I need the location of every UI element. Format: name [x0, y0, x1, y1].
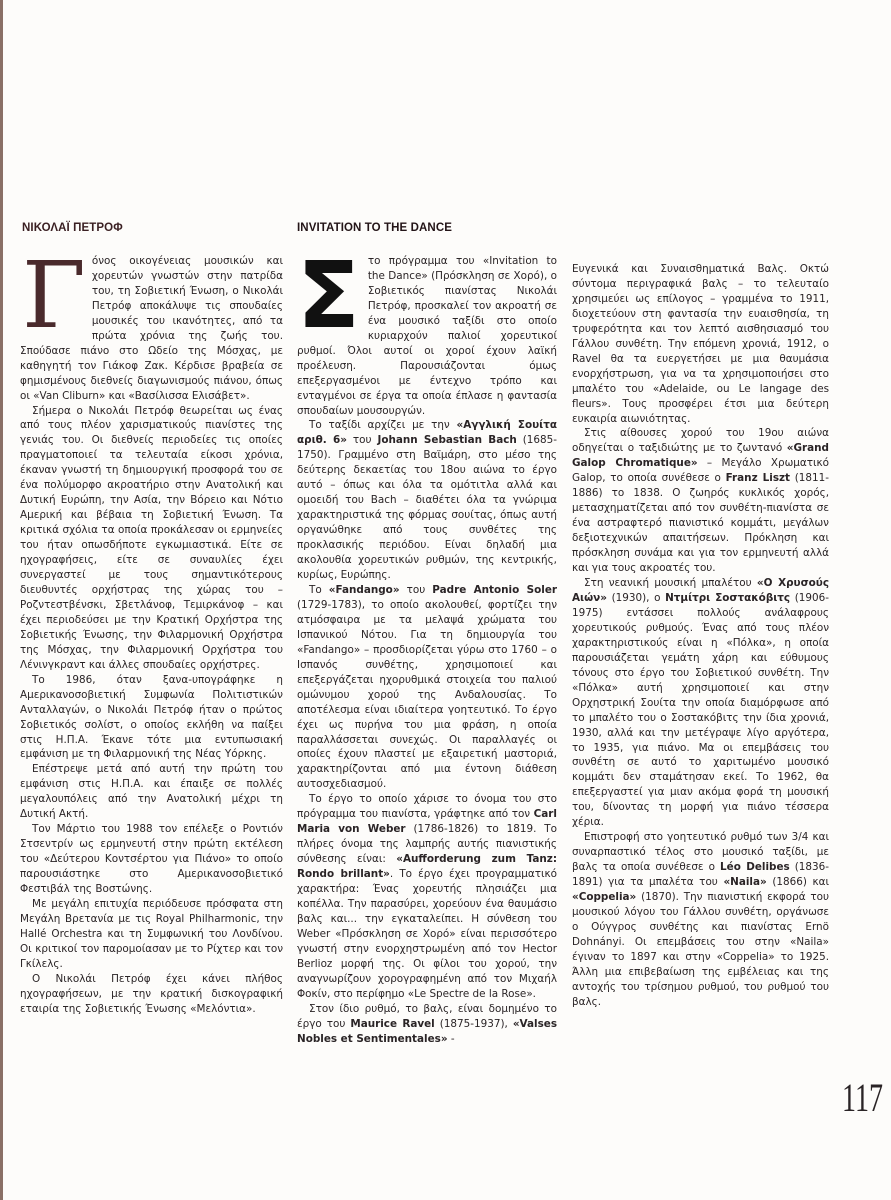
- program-paragraph-ravel-cont: Ευγενικά και Συναισθηματικά Βαλς. Οκτώ σ…: [572, 262, 829, 426]
- bio-paragraph-5: Τον Μάρτιο του 1988 τον επέλεξε ο Ροντιό…: [20, 822, 283, 897]
- program-paragraph-liszt: Στις αίθουσες χορού του 19ου αιώνα οδηγε…: [572, 426, 829, 576]
- program-paragraph-ravel: Στον ίδιο ρυθμό, το βαλς, είναι δομημένο…: [297, 1002, 557, 1047]
- bio-paragraph-1: Γόνος οικογένειας μουσικών και χορευτών …: [20, 254, 283, 404]
- program-paragraph-soler: Το «Fandango» του Padre Antonio Soler (1…: [297, 583, 557, 792]
- program-paragraph-1: Στο πρόγραμμα του «Invitation to the Dan…: [297, 254, 557, 418]
- program-paragraph-weber: Το έργο το οποίο χάρισε το όνομα του στο…: [297, 792, 557, 1001]
- left-article-heading: ΝΙΚΟΛΑΪ ΠΕΤΡΟΦ: [22, 222, 123, 234]
- page-number: 117: [842, 1074, 883, 1121]
- column-program-notes-2: Ευγενικά και Συναισθηματικά Βαλς. Οκτώ σ…: [572, 262, 829, 1010]
- bio-paragraph-7: Ο Νικολάι Πετρόφ έχει κάνει πλήθος ηχογρ…: [20, 972, 283, 1017]
- bio-paragraph-2: Σήμερα ο Νικολάι Πετρόφ θεωρείται ως ένα…: [20, 404, 283, 673]
- drop-cap-gamma: Γ: [22, 258, 86, 333]
- right-article-heading: INVITATION TO THE DANCE: [297, 222, 452, 234]
- drop-cap-sigma: Σ: [297, 258, 360, 333]
- column-program-notes-1: Στο πρόγραμμα του «Invitation to the Dan…: [297, 254, 557, 1047]
- column-biography: Γόνος οικογένειας μουσικών και χορευτών …: [20, 254, 283, 1017]
- program-paragraph-shostakovich: Στη νεανική μουσική μπαλέτου «Ο Χρυσούς …: [572, 576, 829, 830]
- page-spine-edge: [0, 0, 3, 1200]
- bio-paragraph-4: Επέστρεψε μετά από αυτή την πρώτη του εμ…: [20, 762, 283, 822]
- bio-paragraph-3: Το 1986, όταν ξανα-υπογράφηκε η Αμερικαν…: [20, 673, 283, 763]
- bio-paragraph-6: Με μεγάλη επιτυχία περιόδευσε πρόσφατα σ…: [20, 897, 283, 972]
- program-paragraph-delibes: Επιστροφή στο γοητευτικό ρυθμό των 3/4 κ…: [572, 830, 829, 1009]
- program-paragraph-bach: Το ταξίδι αρχίζει με την «Αγγλική Σουίτα…: [297, 418, 557, 582]
